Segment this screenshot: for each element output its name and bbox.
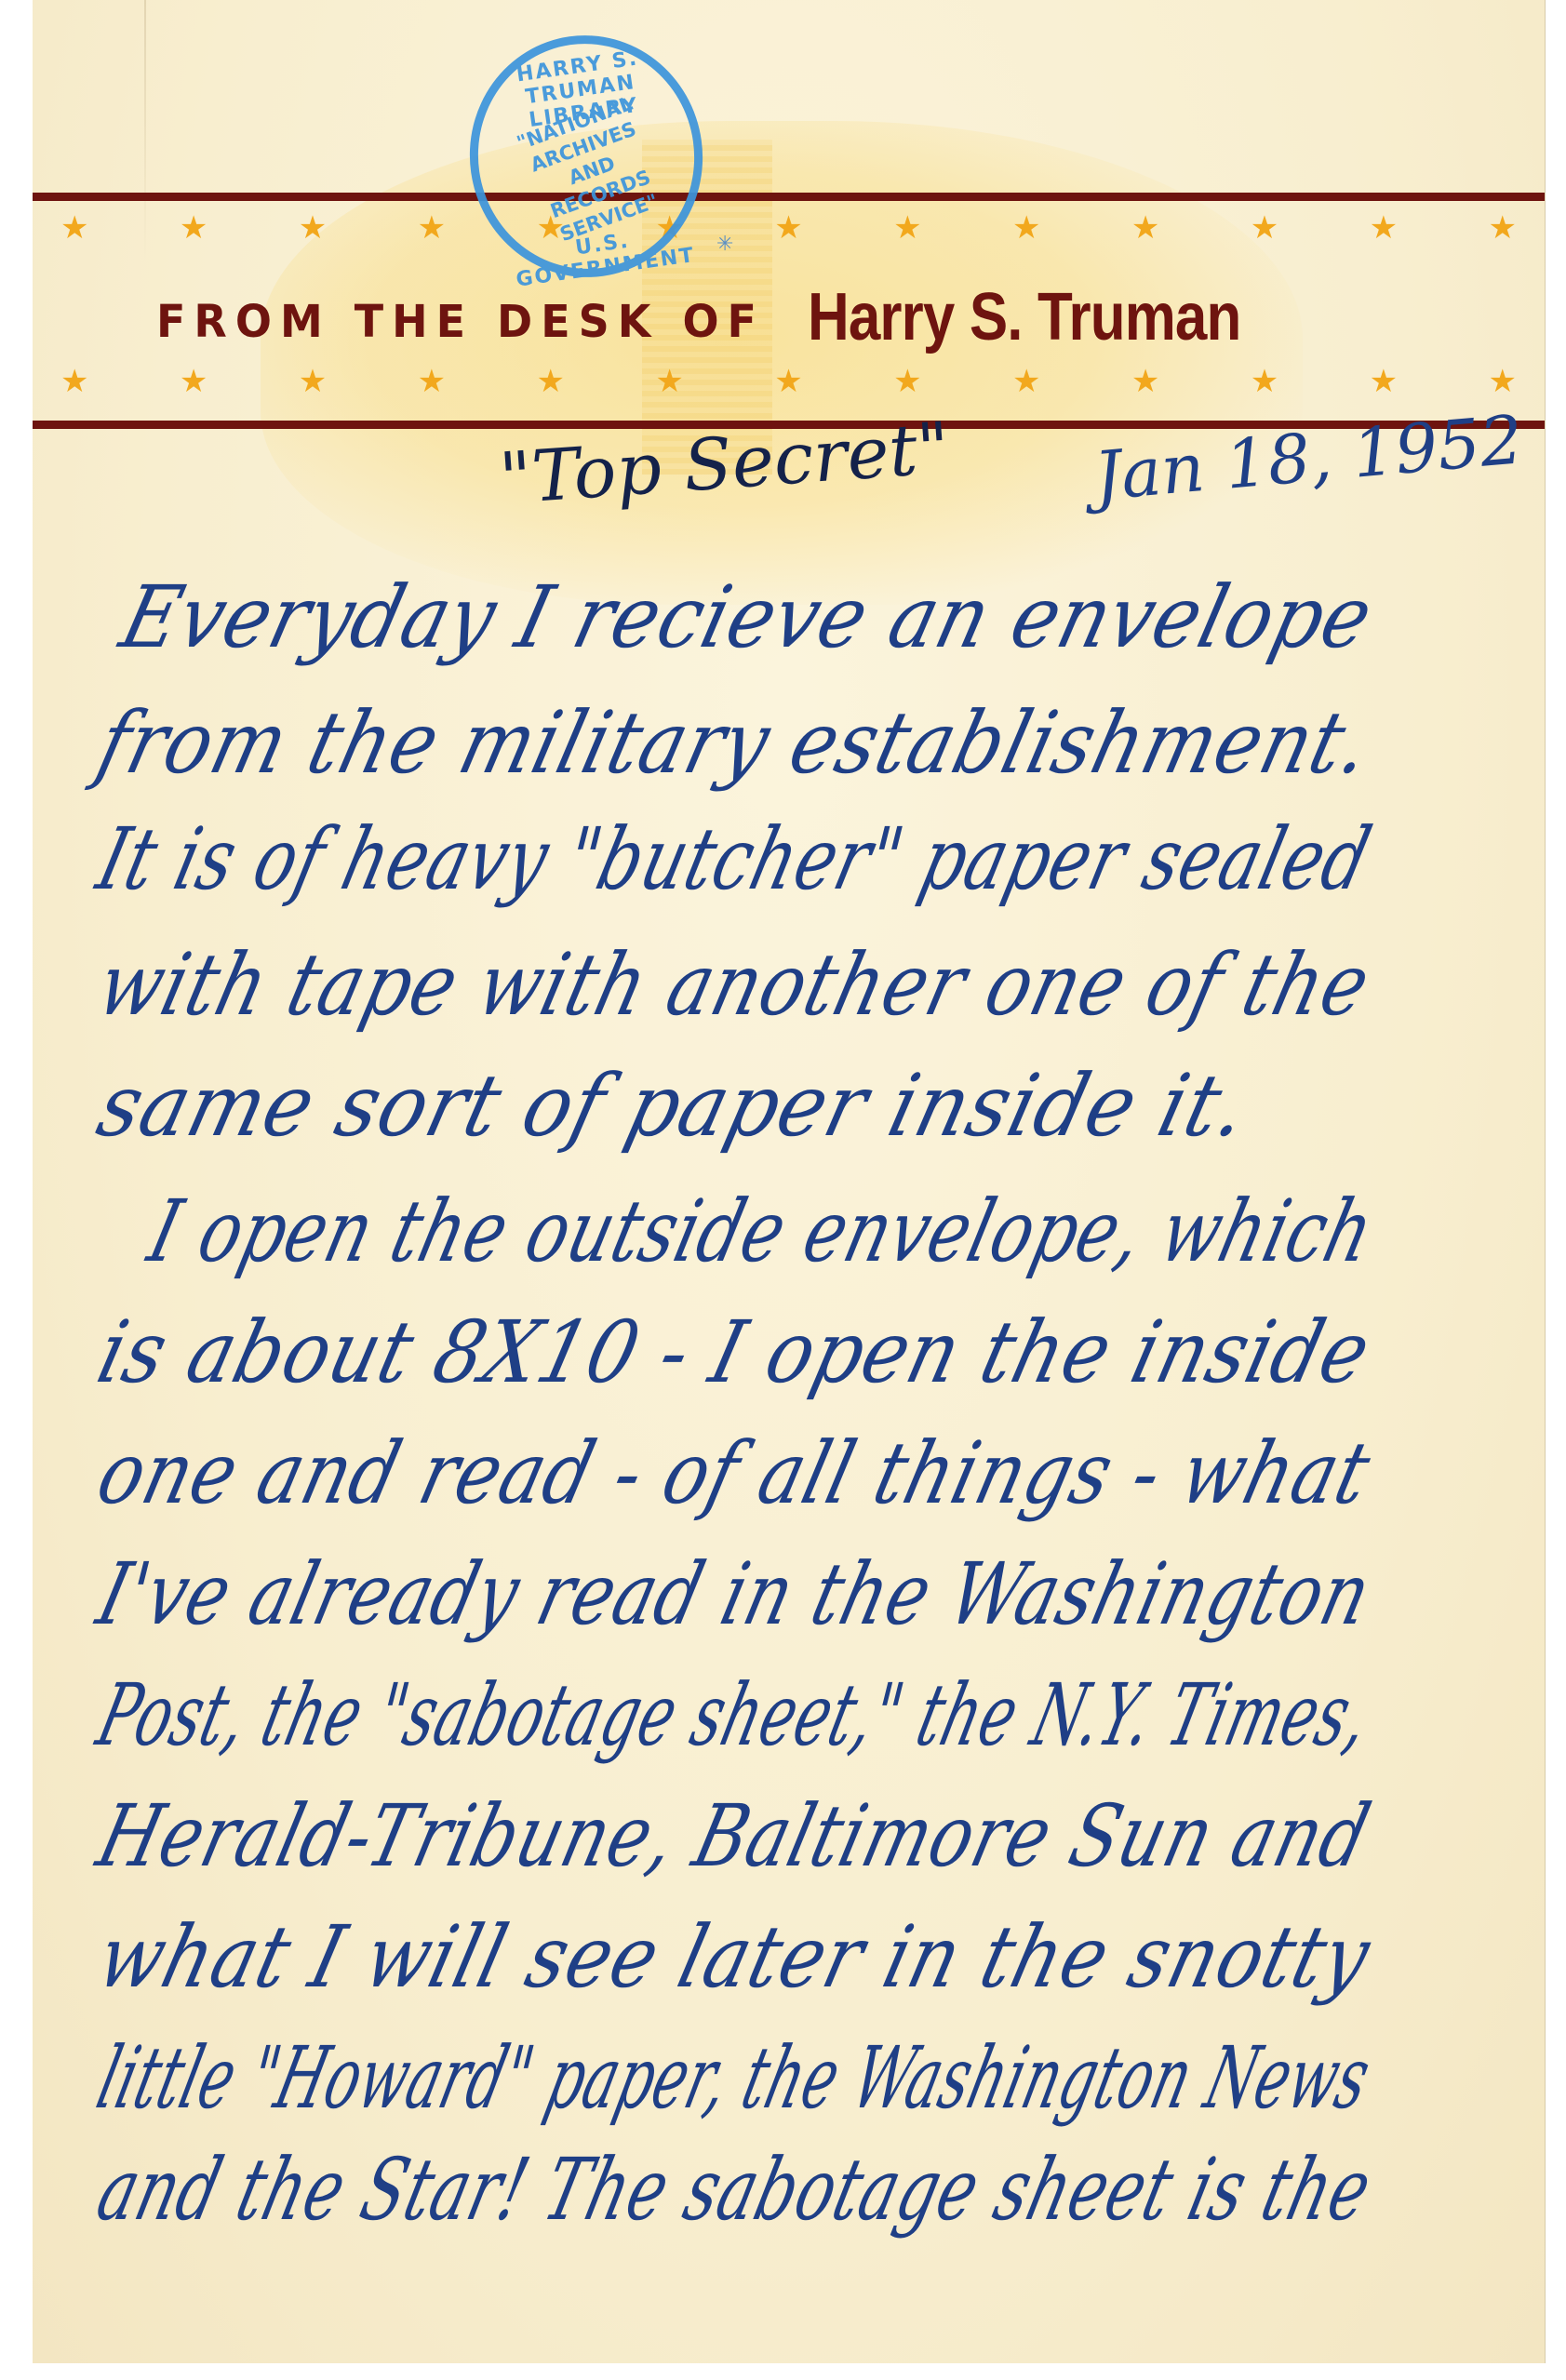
star-icon: ★ (1370, 209, 1398, 247)
letterhead-prefix: FROM THE DESK OF (156, 295, 765, 348)
body-line: Post, the "sabotage sheet," the N.Y. Tim… (88, 1665, 1380, 1765)
star-icon: ★ (1012, 209, 1040, 247)
letterhead-top-rule (33, 193, 1545, 201)
star-icon: ★ (299, 209, 327, 247)
body-line: Herald-Tribune, Baltimore Sun and (88, 1786, 1380, 1886)
body-line: I open the outside envelope, which (140, 1182, 1384, 1281)
star-row-bottom: ★ ★ ★ ★ ★ ★ ★ ★ ★ ★ ★ ★ ★ (33, 363, 1545, 400)
star-icon: ★ (60, 209, 88, 247)
star-icon: ★ (418, 363, 446, 400)
star-icon: ★ (1489, 209, 1517, 247)
star-icon: ★ (180, 209, 207, 247)
star-row-top: ★ ★ ★ ★ ★ ★ ★ ★ ★ ★ ★ ★ ★ (33, 209, 1545, 247)
star-icon: ★ (655, 363, 683, 400)
star-icon: ★ (1131, 363, 1159, 400)
star-icon: ★ (893, 209, 921, 247)
pencil-mark-icon: ✳ (716, 233, 733, 256)
body-line: with tape with another one of the (88, 935, 1380, 1035)
star-icon: ★ (180, 363, 207, 400)
star-icon: ★ (1489, 363, 1517, 400)
star-icon: ★ (893, 363, 921, 400)
star-icon: ★ (60, 363, 88, 400)
body-line: I've already read in the Washington (88, 1544, 1381, 1644)
star-icon: ★ (1131, 209, 1159, 247)
body-line: Everyday I recieve an envelope (112, 568, 1383, 667)
letterhead-name: Harry S. Truman (808, 279, 1240, 355)
body-line: what I will see later in the snotty (88, 1907, 1380, 2007)
body-line: from the military establishment. (88, 693, 1381, 793)
star-icon: ★ (774, 363, 802, 400)
star-icon: ★ (1012, 363, 1040, 400)
star-icon: ★ (418, 209, 446, 247)
star-icon: ★ (774, 209, 802, 247)
body-line: is about 8X10 - I open the inside (88, 1303, 1380, 1402)
body-line: one and read - of all things - what (88, 1424, 1380, 1523)
body-line: same sort of paper inside it. (88, 1056, 1258, 1156)
star-icon: ★ (1251, 209, 1278, 247)
star-icon: ★ (299, 363, 327, 400)
star-icon: ★ (1370, 363, 1398, 400)
body-line: and the Star! The sabotage sheet is the (88, 2140, 1381, 2240)
body-line: little "Howard" paper, the Washington Ne… (88, 2028, 1380, 2128)
body-line: It is of heavy "butcher" paper sealed (88, 809, 1380, 909)
star-icon: ★ (1251, 363, 1278, 400)
star-icon: ★ (537, 363, 565, 400)
